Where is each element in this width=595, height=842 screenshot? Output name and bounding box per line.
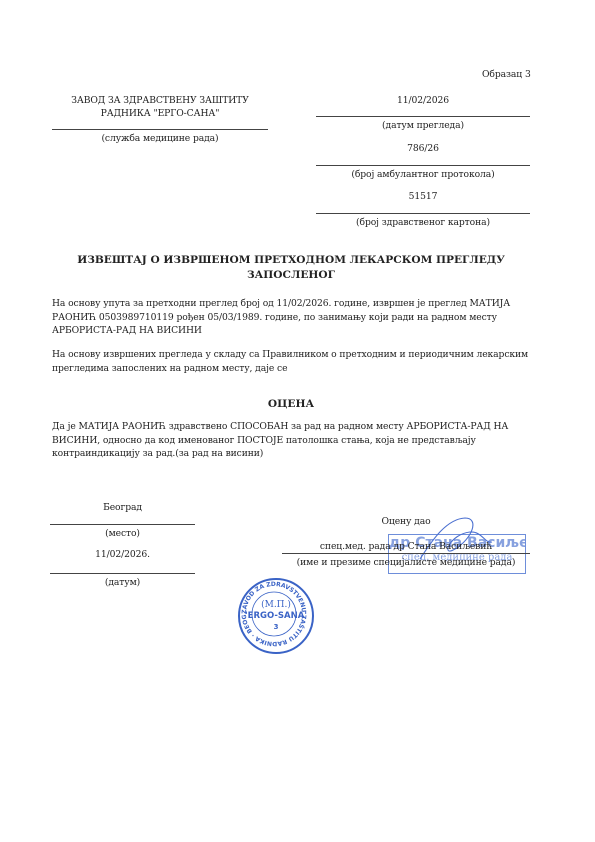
place-underline xyxy=(50,524,195,525)
place-caption: (место) xyxy=(50,528,195,539)
place-value: Београд xyxy=(50,502,195,513)
seal-number: 3 xyxy=(240,623,312,631)
referral-paragraph: На основу упута за претходни преглед бро… xyxy=(52,297,542,338)
signature-name: спец.мед. рада др Стана Васиљевић xyxy=(282,541,530,552)
form-label: Образац 3 xyxy=(482,69,531,80)
referral-paragraph-line2: РАОНИЋ 0503989710119 рођен 05/03/1989. г… xyxy=(52,311,542,325)
institution-name-line2: РАДНИКА "ЕРГО-САНА" xyxy=(52,108,268,119)
signature-underline xyxy=(282,553,530,554)
exam-date-caption: (датум прегледа) xyxy=(316,120,530,131)
date-value: 11/02/2026. xyxy=(50,549,195,560)
assessment-heading: ОЦЕНА xyxy=(52,397,530,412)
institution-name-line1: ЗАВОД ЗА ЗДРАВСТВЕНУ ЗАШТИТУ xyxy=(52,95,268,106)
institution-underline xyxy=(52,129,268,130)
date-underline xyxy=(50,573,195,574)
health-card-number-caption: (број здравственог картона) xyxy=(316,217,530,228)
signature-caption: (име и презиме специјалисте медицине рад… xyxy=(282,557,530,568)
health-card-number-underline xyxy=(316,213,530,214)
protocol-number-caption: (број амбулантног протокола) xyxy=(316,169,530,180)
assessment-paragraph-line2: ВИСИНИ, односно да код именованог ПОСТОЈ… xyxy=(52,434,542,448)
assessment-paragraph-line3: контраиндикацију за рад.(за рад на висин… xyxy=(52,447,542,461)
health-card-number-value: 51517 xyxy=(316,191,530,202)
referral-paragraph-line3: АРБОРИСТА-РАД НА ВИСИНИ xyxy=(52,324,542,338)
regulation-paragraph-line1: На основу извршених прегледа у складу са… xyxy=(52,348,542,362)
seal-mp-label: (М.П.) xyxy=(240,600,312,610)
date-caption: (датум) xyxy=(50,577,195,588)
assessment-paragraph-line1: Да је МАТИЈА РАОНИЋ здравствено СПОСОБАН… xyxy=(52,420,542,434)
assessment-paragraph: Да је МАТИЈА РАОНИЋ здравствено СПОСОБАН… xyxy=(52,420,542,461)
report-title-line1: ИЗВЕШТАЈ О ИЗВРШЕНОМ ПРЕТХОДНОМ ЛЕКАРСКО… xyxy=(52,253,530,268)
exam-date-value: 11/02/2026 xyxy=(316,95,530,106)
exam-date-underline xyxy=(316,116,530,117)
referral-paragraph-line1: На основу упута за претходни преглед бро… xyxy=(52,297,542,311)
protocol-number-underline xyxy=(316,165,530,166)
institution-caption: (служба медицине рада) xyxy=(52,133,268,144)
protocol-number-value: 786/26 xyxy=(316,143,530,154)
report-title-line2: ЗАПОСЛЕНОГ xyxy=(52,268,530,283)
regulation-paragraph-line2: прегледима запослених на радном месту, д… xyxy=(52,362,542,376)
report-title: ИЗВЕШТАЈ О ИЗВРШЕНОМ ПРЕТХОДНОМ ЛЕКАРСКО… xyxy=(52,253,530,283)
signature-label: Оцену дао xyxy=(282,516,530,527)
institution-seal: ZAVOD ZA ZDRAVSTVENU ZAŠTITU RADNIKA · B… xyxy=(238,578,314,654)
seal-name: 'ERGO-SANA' xyxy=(240,611,312,621)
regulation-paragraph: На основу извршених прегледа у складу са… xyxy=(52,348,542,375)
